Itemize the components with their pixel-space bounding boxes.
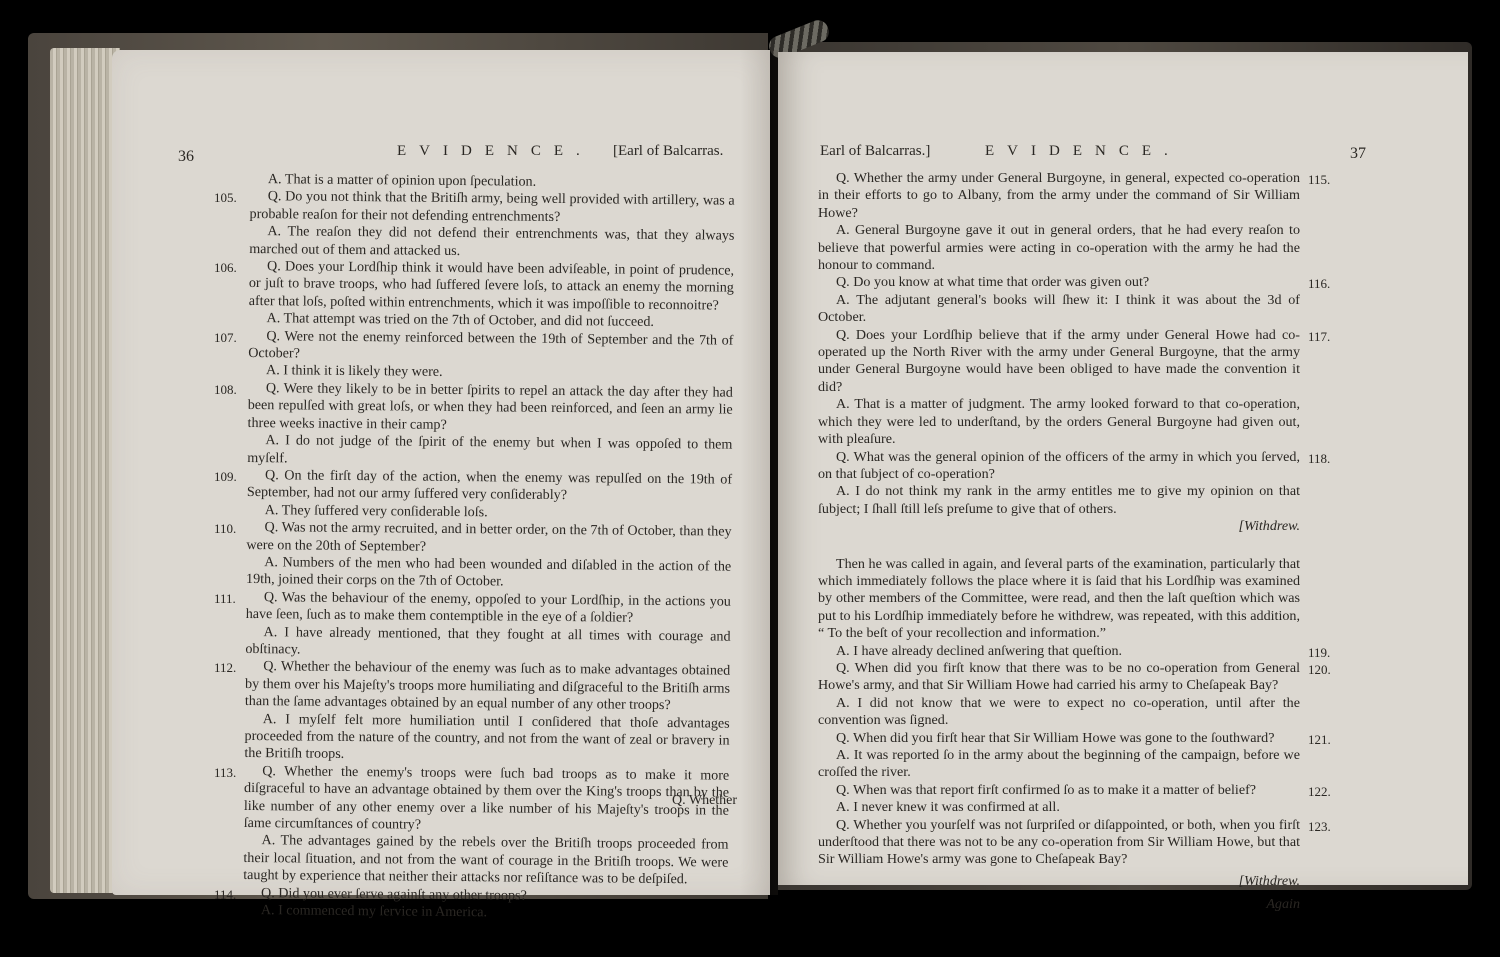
right-text: Q. Whether the army under General Burgoy… <box>818 170 1300 914</box>
page-number-left: 36 <box>178 148 194 166</box>
page-edges-stack <box>50 48 120 893</box>
question-text: Q. Does your Lordſhip believe that if th… <box>818 327 1300 397</box>
left-text: A. That is a matter of opinion upon ſpec… <box>243 171 735 924</box>
withdrew-note: [Withdrew. <box>818 518 1300 535</box>
question-number: 115. <box>1308 172 1330 188</box>
answer-text: A. I have already declined anſwering tha… <box>818 643 1300 660</box>
question-number: 118. <box>1308 451 1330 467</box>
question-text: Q. Does your Lordſhip think it would hav… <box>249 258 734 315</box>
running-header-left: EVIDENCE. <box>397 143 593 160</box>
question-text: Q. Were not the enemy reinforced between… <box>248 328 733 367</box>
question-text: Q. When did you firſt hear that Sir Will… <box>818 730 1300 747</box>
question-number: 107. <box>214 330 237 346</box>
question-text: Q. Whether the behaviour of the enemy wa… <box>245 658 730 715</box>
question-number: 113. <box>214 765 236 781</box>
question-text: Q. On the firſt day of the action, when … <box>247 467 732 506</box>
question-text: Q. Whether the army under General Burgoy… <box>818 170 1300 222</box>
catchword-left: Q. Whether <box>672 793 737 809</box>
question-number: 109. <box>214 469 237 485</box>
question-number: 123. <box>1308 819 1331 835</box>
running-header-right: EVIDENCE. <box>985 143 1181 160</box>
question-number: 111. <box>214 591 236 607</box>
question-text: Q. Were they likely to be in better ſpir… <box>247 380 732 437</box>
gutter-shadow <box>740 50 778 895</box>
answer-text: A. The adjutant general's books will ſhe… <box>818 292 1300 327</box>
page-number-right: 37 <box>1350 145 1366 163</box>
question-text: Q. When did you firſt know that there wa… <box>818 660 1300 695</box>
question-text: Q. Do you not think that the Britiſh arm… <box>249 188 734 227</box>
answer-text: A. I did not know that we were to expect… <box>818 695 1300 730</box>
question-text: Q. Do you know at what time that order w… <box>818 274 1300 291</box>
question-text: Q. Was the behaviour of the enemy, oppoſ… <box>246 589 731 628</box>
question-number: 108. <box>214 382 237 398</box>
answer-text: A. It was reported ſo in the army about … <box>818 747 1300 782</box>
question-text: Q. Whether the enemy's troops were ſuch … <box>244 763 730 837</box>
question-number: 105. <box>214 190 237 206</box>
catchword-right: Again <box>818 896 1300 913</box>
answer-text: A. Numbers of the men who had been wound… <box>246 554 731 593</box>
answer-text: A. The advantages gained by the rebels o… <box>243 832 728 889</box>
answer-text: A. I do not judge of the ſpirit of the e… <box>247 432 732 471</box>
answer-text: A. That is a matter of judgment. The arm… <box>818 396 1300 448</box>
answer-text: A. I do not think my rank in the army en… <box>818 483 1300 518</box>
question-number: 122. <box>1308 784 1331 800</box>
question-number: 120. <box>1308 662 1331 678</box>
question-number: 116. <box>1308 276 1330 292</box>
answer-text: A. I have already mentioned, that they f… <box>245 624 730 663</box>
answer-text: A. The reaſon they did not defend their … <box>249 223 734 262</box>
narrative-paragraph: Then he was called in again, and ſeveral… <box>818 556 1300 643</box>
running-witness-left: [Earl of Balcarras. <box>613 143 723 160</box>
question-text: Q. Was not the army recruited, and in be… <box>246 519 731 558</box>
question-number: 121. <box>1308 732 1331 748</box>
question-text: Q. What was the general opinion of the o… <box>818 449 1300 484</box>
question-number: 110. <box>214 521 236 537</box>
question-text: Q. Whether you yourſelf was not ſurpriſe… <box>818 817 1300 869</box>
question-number: 114. <box>214 887 236 903</box>
running-title: EVIDENCE. <box>397 143 593 159</box>
answer-text: A. I commenced my ſervice in America. <box>243 902 728 924</box>
question-text: Q. When was that report firſt confirmed … <box>818 782 1300 799</box>
answer-text: A. General Burgoyne gave it out in gener… <box>818 222 1300 274</box>
answer-text: A. I myſelf felt more humiliation until … <box>244 711 729 768</box>
question-number: 119. <box>1308 645 1330 661</box>
running-witness-right: Earl of Balcarras.] <box>820 143 930 160</box>
answer-text: A. I never knew it was confirmed at all. <box>818 799 1300 816</box>
question-number: 112. <box>214 660 236 676</box>
running-title: EVIDENCE. <box>985 143 1181 159</box>
withdrew-note: [Withdrew. <box>818 873 1300 890</box>
question-number: 117. <box>1308 329 1330 345</box>
question-number: 106. <box>214 260 237 276</box>
